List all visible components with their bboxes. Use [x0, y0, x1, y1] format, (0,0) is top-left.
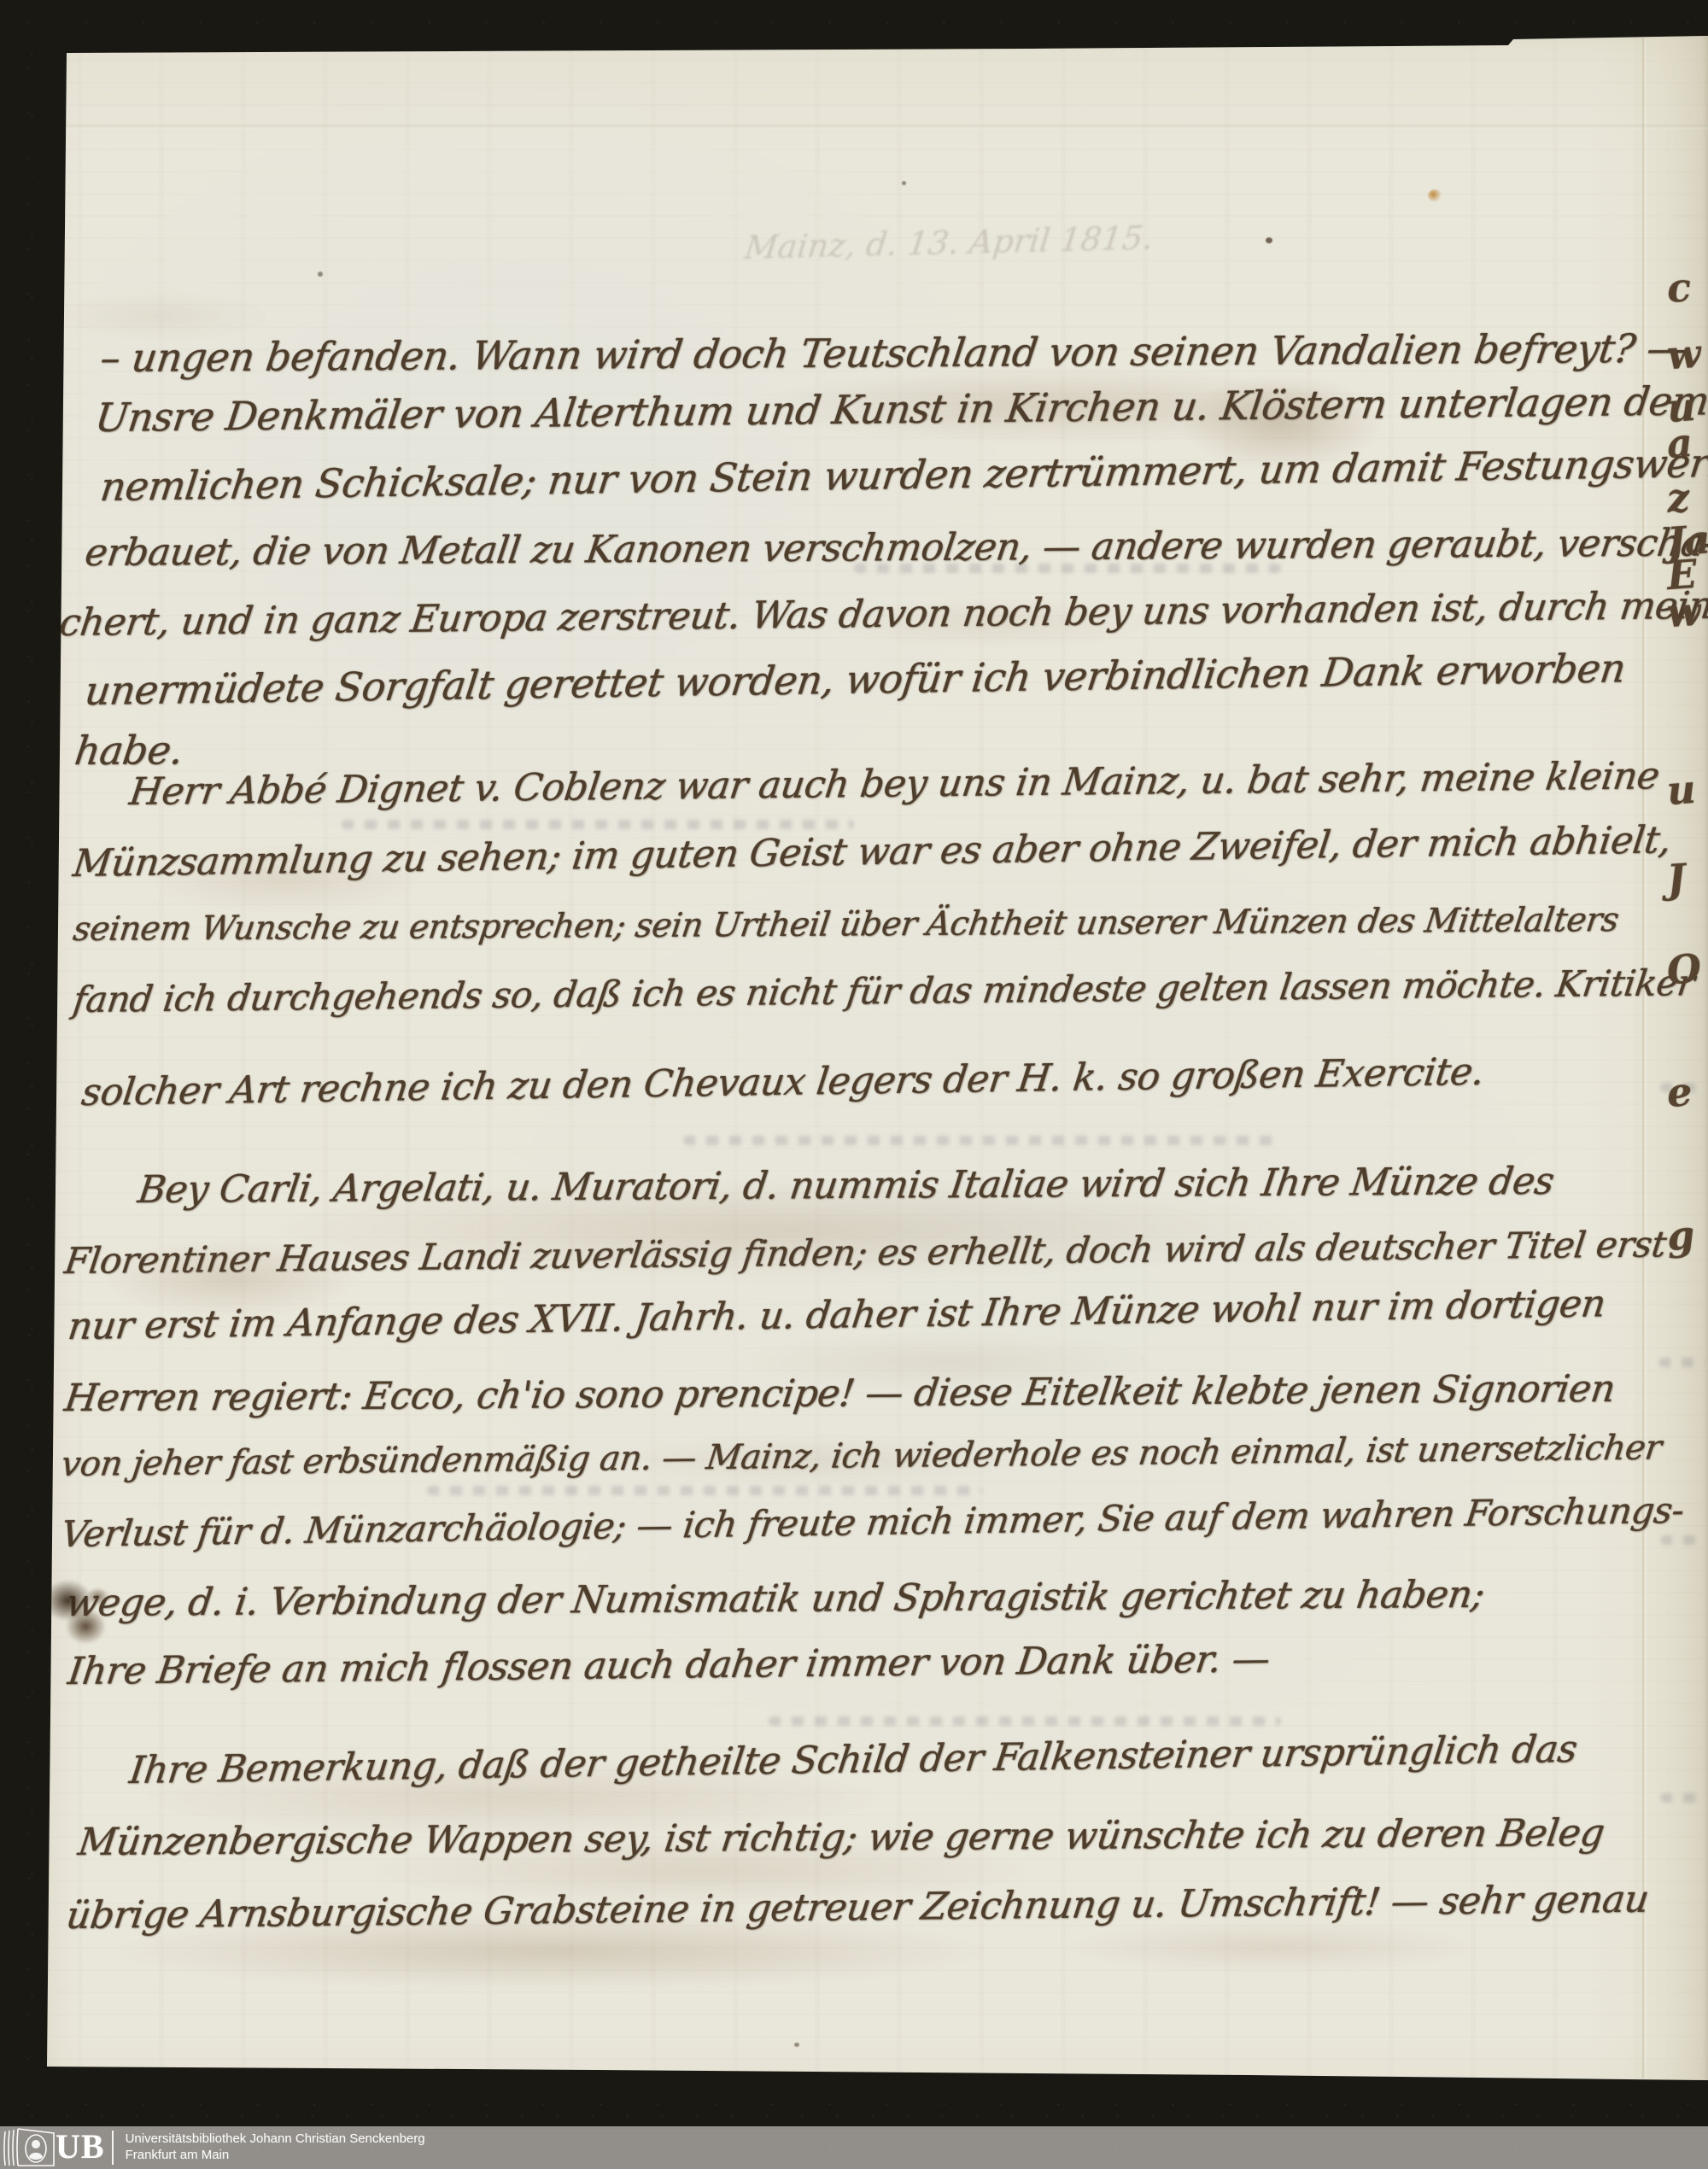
handwriting-line: habe. — [72, 727, 185, 774]
library-city: Frankfurt am Main — [126, 2148, 425, 2164]
show-through-text — [1660, 1793, 1703, 1803]
adjacent-page-stroke: z — [1665, 474, 1690, 522]
handwriting-line: Ihre Briefe an mich flossen auch daher i… — [66, 1637, 1272, 1693]
show-through-text — [1660, 1535, 1705, 1545]
adjacent-page-stroke: w — [1665, 330, 1701, 379]
ink-stain — [44, 1573, 111, 1652]
ub-logo-text: UB — [56, 2130, 105, 2164]
handwriting-line: Münzsammlung zu sehen; im guten Geist wa… — [71, 818, 1674, 886]
handwriting-line: Münzenbergische Wappen sey, ist richtig;… — [76, 1811, 1607, 1864]
adjacent-page-stroke: c — [1665, 264, 1692, 312]
handwriting-line: Herren regiert: Ecco, ch'io sono prencip… — [62, 1367, 1618, 1420]
adjacent-page-stroke: u — [1665, 766, 1696, 814]
fold-crease-horizontal — [51, 125, 1708, 129]
paper-speck — [318, 272, 323, 277]
adjacent-page-stroke: w — [1665, 588, 1701, 637]
adjacent-page-stroke: J — [1665, 855, 1686, 902]
library-watermark-bar: UB Universitätsbibliothek Johann Christi… — [0, 2126, 1708, 2169]
adjacent-page-stroke: O — [1665, 945, 1702, 994]
adjacent-page-stroke: g — [1665, 1212, 1695, 1260]
ink-speck — [1266, 237, 1272, 243]
handwriting-line: unermüdete Sorgfalt gerettet worden, wof… — [83, 645, 1629, 714]
handwriting-line: Unsre Denkmäler von Alterthum und Kunst … — [92, 377, 1708, 441]
handwriting-line: wege, d. i. Verbindung der Numismatik un… — [64, 1573, 1488, 1625]
adjacent-page-stroke: e — [1665, 1068, 1693, 1116]
ink-smudge — [1059, 1921, 1486, 1973]
logo-divider — [112, 2131, 114, 2165]
adjacent-page-stroke: a — [1665, 419, 1693, 467]
rust-stain — [1428, 190, 1442, 202]
scan-viewer: Mainz, d. 13. April 1815. – ungen befand… — [0, 0, 1708, 2169]
handwriting-line: Herr Abbé Dignet v. Coblenz war auch bey… — [127, 754, 1662, 814]
paper-speck — [902, 181, 906, 185]
show-through-text — [769, 1716, 1281, 1726]
handwriting-line: erbauet, die von Metall zu Kanonen versc… — [83, 521, 1708, 575]
paper-speck — [794, 2043, 799, 2047]
handwriting-line: solcher Art rechne ich zu den Chevaux le… — [79, 1050, 1487, 1114]
handwriting-line: – ungen befanden. Wann wird doch Teutsch… — [97, 325, 1688, 381]
show-through-text — [342, 820, 854, 829]
handwriting-line: von jeher fast erbsündenmäßig an. — Main… — [59, 1428, 1664, 1484]
handwriting-line: Verlust für d. Münzarchäologie; — ich fr… — [59, 1489, 1687, 1555]
handwriting-line: fand ich durchgehends so, daß ich es nic… — [71, 962, 1697, 1020]
manuscript-page: Mainz, d. 13. April 1815. – ungen befand… — [0, 0, 1708, 2169]
handwriting-line: chert, und in ganz Europa zerstreut. Was… — [57, 583, 1708, 645]
show-through-text — [683, 1136, 1281, 1145]
senckenberg-portrait-icon — [3, 2126, 57, 2169]
handwriting-line: nemlichen Schicksale; nur von Stein wurd… — [98, 439, 1708, 510]
library-logo: UB — [0, 2126, 114, 2169]
library-name: Universitätsbibliothek Johann Christian … — [126, 2131, 425, 2148]
show-through-text — [1658, 1358, 1705, 1367]
handwriting-line: Bey Carli, Argelati, u. Muratori, d. num… — [136, 1160, 1557, 1212]
faint-date-annotation: Mainz, d. 13. April 1815. — [743, 219, 1155, 266]
show-through-text — [427, 1486, 982, 1495]
